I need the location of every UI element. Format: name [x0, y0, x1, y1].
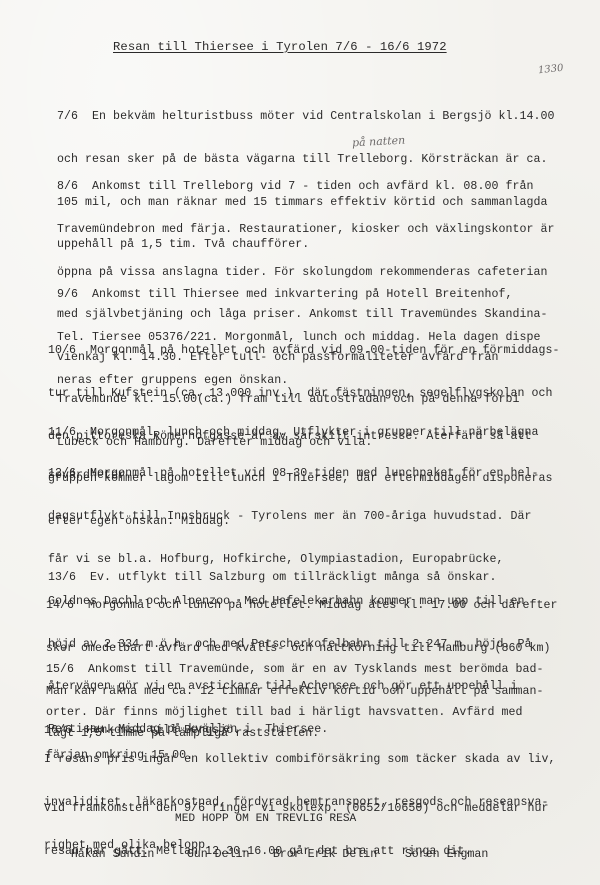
- day-line: 15/6 Ankomst till Travemünde, som är en …: [46, 663, 544, 677]
- day-line: 9/6 Ankomst till Thiersee med inkvarteri…: [57, 288, 541, 302]
- signer-name: Bror Erik Delin: [273, 848, 405, 861]
- day-line: 8/6 Ankomst till Trelleborg vid 7 - tide…: [57, 180, 555, 194]
- signer-name: Gun Delin: [187, 848, 273, 861]
- day-line: dagsutflykt till Innsbruck - Tyrolens me…: [48, 510, 539, 524]
- insurance-line: I resans pris ingår en kollektiv combifö…: [44, 753, 556, 767]
- day-line: 12/6 Morgonmål på hotellet vid 08.30-tid…: [48, 467, 539, 481]
- typewritten-letter: Resan till Thiersee i Tyrolen 7/6 - 16/6…: [0, 0, 600, 885]
- signer-name: Håkan Sundin: [71, 848, 187, 861]
- closing-greeting: MED HOPP OM EN TREVLIG RESA: [175, 813, 356, 825]
- day-line: 10/6 Morgonmål på hotellet och avfärd vi…: [48, 344, 560, 358]
- day-line: 7/6 En bekväm helturistbuss möter vid Ce…: [57, 110, 555, 124]
- document-title: Resan till Thiersee i Tyrolen 7/6 - 16/6…: [113, 40, 447, 54]
- day-line: 14/6 Morgonmål och lunch på hotellet. Mi…: [46, 599, 558, 613]
- signatures: Håkan SundinGun DelinBror Erik DelinSöre…: [43, 835, 488, 874]
- day-line: Travemündebron med färja. Restaurationer…: [57, 223, 555, 237]
- handwritten-note-time: 1330: [537, 63, 563, 77]
- signer-name: Sören Engman: [405, 848, 489, 861]
